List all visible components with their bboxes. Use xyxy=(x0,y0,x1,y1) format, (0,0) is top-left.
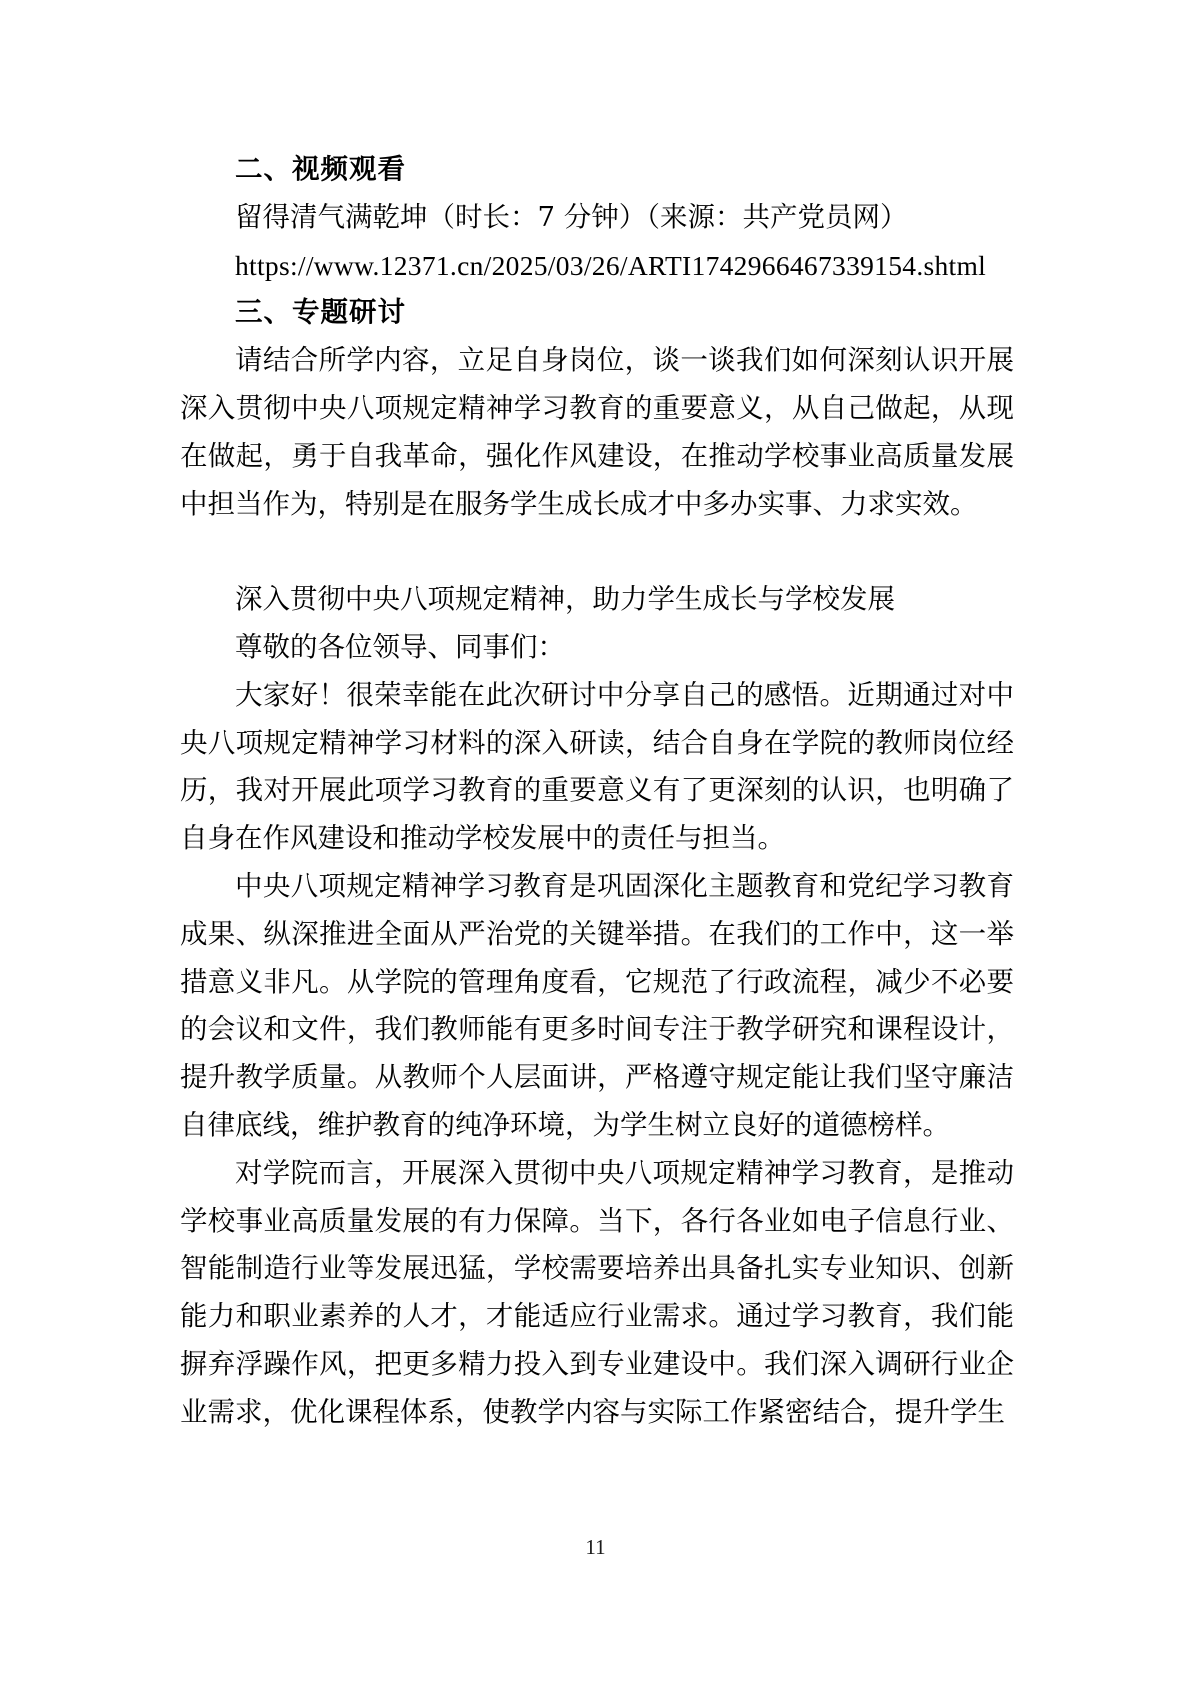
page-number: 11 xyxy=(0,1535,1191,1560)
video-url-text: https://www.12371.cn/2025/03/26/ARTI1742… xyxy=(180,242,1014,290)
document-page: 二、视频观看 留得清气满乾坤（时长：7 分钟）（来源：共产党员网） https:… xyxy=(0,0,1191,1684)
speech-title-line: 深入贯彻中央八项规定精神，助力学生成长与学校发展 xyxy=(180,576,1014,624)
speech-paragraph-3: 对学院而言，开展深入贯彻中央八项规定精神学习教育，是推动学校事业高质量发展的有力… xyxy=(180,1150,1014,1437)
heading-video-section: 二、视频观看 xyxy=(180,146,1014,194)
speech-paragraph-1: 大家好！很荣幸能在此次研讨中分享自己的感悟。近期通过对中央八项规定精神学习材料的… xyxy=(180,672,1014,863)
heading-seminar-section: 三、专题研讨 xyxy=(180,289,1014,337)
document-body: 二、视频观看 留得清气满乾坤（时长：7 分钟）（来源：共产党员网） https:… xyxy=(180,146,1014,1437)
speech-salutation-line: 尊敬的各位领导、同事们： xyxy=(180,624,1014,672)
video-title-line: 留得清气满乾坤（时长：7 分钟）（来源：共产党员网） xyxy=(180,194,1014,242)
speech-paragraph-2: 中央八项规定精神学习教育是巩固深化主题教育和党纪学习教育成果、纵深推进全面从严治… xyxy=(180,863,1014,1150)
blank-line xyxy=(180,528,1014,576)
seminar-prompt-paragraph: 请结合所学内容，立足自身岗位，谈一谈我们如何深刻认识开展深入贯彻中央八项规定精神… xyxy=(180,337,1014,528)
